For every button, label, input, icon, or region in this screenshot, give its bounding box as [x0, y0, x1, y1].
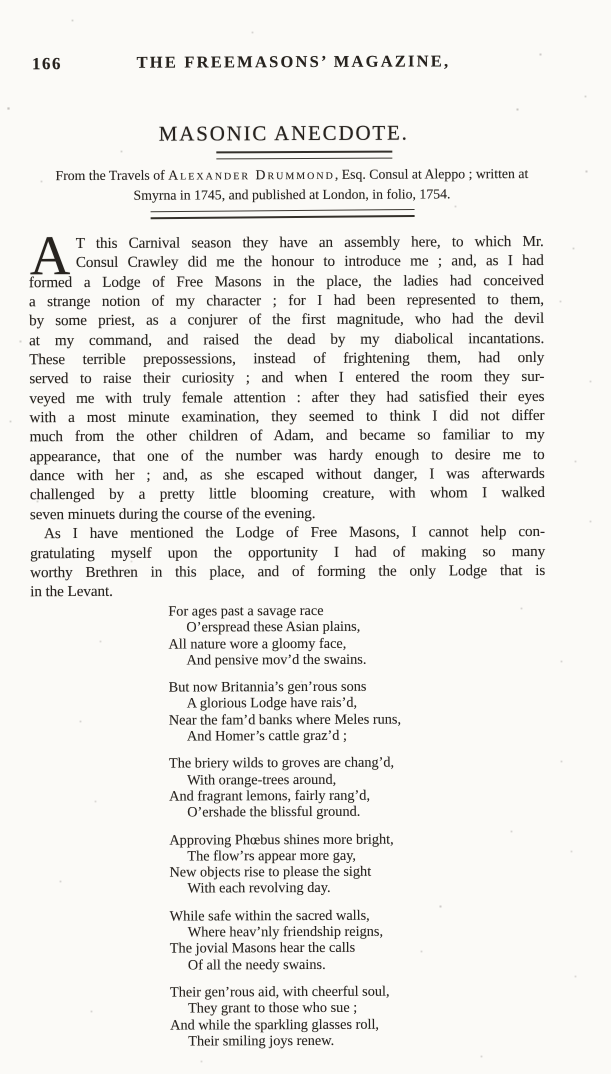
text-line: T this Carnival season they have an asse… — [29, 232, 544, 254]
poem-line: And fragrant lemons, fairly rang’d, — [169, 787, 499, 805]
text-line: dance with her ; and, as she escaped wit… — [30, 464, 545, 486]
poem-line: The jovial Masons hear the calls — [170, 940, 500, 958]
text-line: formed a Lodge of Free Masons in the pla… — [29, 271, 544, 293]
text-line: by some priest, as a conjurer of the fir… — [29, 309, 544, 331]
poem-line: The briery wilds to groves are chang’d, — [169, 755, 499, 773]
poem-line: Their smiling joys renew. — [170, 1032, 500, 1050]
poem-stanza: But now Britannia’s gen’rous sons A glor… — [169, 678, 499, 745]
poem-stanza: The briery wilds to groves are chang’d, … — [169, 755, 499, 822]
text-line: worthy Brethren in this place, and of fo… — [30, 561, 545, 583]
poem-line: Of all the needy swains. — [170, 956, 500, 974]
article-title: MASONIC ANECDOTE. — [0, 120, 589, 148]
poem-line: And while the sparkling glasses roll, — [170, 1016, 500, 1034]
poem-line: Near the fam’d banks where Meles runs, — [169, 711, 499, 729]
text-line: a strange notion of my character ; for I… — [29, 290, 544, 312]
divider-rule-bottom — [151, 209, 415, 219]
text-line: appearance, that one of the number was h… — [30, 445, 545, 467]
poem-line: But now Britannia’s gen’rous sons — [169, 678, 499, 696]
poem-line: Approving Phœbus shines more bright, — [169, 831, 499, 849]
poem-stanza: Approving Phœbus shines more bright, The… — [169, 831, 499, 898]
text-line: veyed me with truly female attention : a… — [29, 387, 544, 409]
divider-rule-top — [216, 151, 392, 160]
poem-stanza: Their gen’rous aid, with cheerful soul, … — [170, 983, 500, 1050]
poem-line: All nature wore a gloomy face, — [168, 635, 498, 653]
magazine-title: THE FREEMASONS’ MAGAZINE, — [0, 51, 599, 74]
poem-line: Their gen’rous aid, with cheerful soul, — [170, 983, 500, 1001]
article-body: A T this Carnival season they have an as… — [29, 232, 546, 602]
source-author-name: Alexander Drummond — [168, 167, 335, 183]
source-attribution: From the Travels of Alexander Drummond, … — [0, 164, 598, 206]
text-line: These terrible prepossessions, instead o… — [29, 348, 544, 370]
poem-line: And Homer’s cattle graz’d ; — [169, 727, 499, 745]
poem-stanza: For ages past a savage race O’erspread t… — [168, 602, 498, 669]
text-line: seven minuets during the course of the e… — [30, 503, 545, 525]
source-suffix: , Esq. Consul at Aleppo ; written at — [335, 166, 529, 182]
poem-line: Where heav’nly friendship reigns, — [170, 923, 500, 941]
text-line: in the Levant. — [30, 580, 545, 602]
text-line: challenged by a pretty little blooming c… — [30, 483, 545, 505]
poem-line: New objects rise to please the sight — [169, 863, 499, 881]
source-line-2: Smyrna in 1745, and published at London,… — [0, 183, 598, 205]
text-line: As I have mentioned the Lodge of Free Ma… — [30, 522, 545, 544]
poem-line: While safe within the sacred walls, — [170, 907, 500, 925]
text-line: served to raise their curiosity ; and wh… — [29, 367, 544, 389]
text-line: with a most minute examination, they see… — [29, 406, 544, 428]
text-line: at my command, and raised the dead by my… — [29, 329, 544, 351]
poem-line: With each revolving day. — [169, 880, 499, 898]
magazine-page: 166 THE FREEMASONS’ MAGAZINE, MASONIC AN… — [0, 0, 611, 1074]
poem-line: O’erspread these Asian plains, — [168, 618, 498, 636]
poem-line: They grant to those who sue ; — [170, 999, 500, 1017]
poem-line: And pensive mov’d the swains. — [169, 651, 499, 669]
source-line-1: From the Travels of Alexander Drummond, … — [0, 164, 597, 186]
text-line: much from the other children of Adam, an… — [30, 425, 545, 447]
poem-line: For ages past a savage race — [168, 602, 498, 620]
poem-line: The flow’rs appear more gay, — [169, 847, 499, 865]
poem-line: O’ershade the blissful ground. — [169, 803, 499, 821]
poem-line: A glorious Lodge have rais’d, — [169, 695, 499, 713]
drop-cap: A — [30, 228, 71, 284]
text-line: gratulating myself upon the opportunity … — [30, 541, 545, 563]
poem-line: With orange-trees around, — [169, 771, 499, 789]
page-content: 166 THE FREEMASONS’ MAGAZINE, MASONIC AN… — [0, 0, 611, 1074]
source-prefix: From the Travels of — [55, 168, 168, 183]
poem: For ages past a savage race O’erspread t… — [168, 602, 500, 1061]
poem-stanza: While safe within the sacred walls, Wher… — [170, 907, 500, 974]
text-line: Consul Crawley did me the honour to intr… — [29, 251, 544, 273]
